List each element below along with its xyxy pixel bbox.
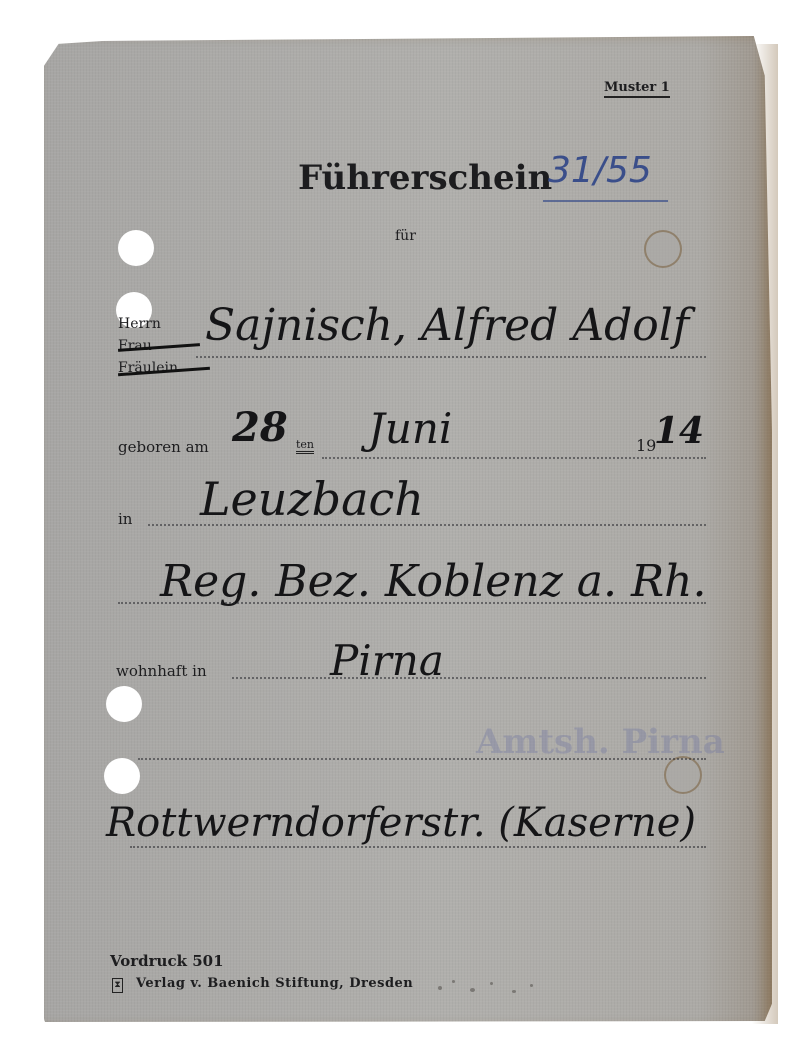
salutation-herrn: Herrn — [118, 316, 161, 332]
foxing-spot — [470, 988, 475, 992]
hourglass-logo-icon: ⧗ — [112, 978, 123, 993]
born-day-suffix: ten — [296, 438, 314, 454]
number-underline — [543, 200, 668, 202]
foxing-spot — [512, 990, 516, 993]
residence-label: wohnhaft in — [116, 662, 207, 680]
footer-form-number: Vordruck 501 — [110, 952, 224, 970]
punch-hole — [104, 758, 140, 794]
name-line — [196, 356, 706, 358]
born-line — [322, 457, 706, 459]
page-title: Führerschein — [298, 158, 552, 198]
in-label: in — [118, 510, 132, 528]
birthplace-line — [148, 524, 706, 526]
for-label: für — [395, 228, 416, 244]
birthplace-line2-rule — [118, 602, 706, 604]
punch-hole — [118, 230, 154, 266]
punch-hole — [106, 686, 142, 722]
foxing-spot — [490, 982, 493, 985]
birthplace-line2: Reg. Bez. Koblenz a. Rh. — [160, 556, 706, 607]
holder-name: Sajnisch, Alfred Adolf — [205, 300, 689, 351]
foxing-spot — [530, 984, 533, 987]
foxing-spot — [438, 986, 442, 990]
form-label: Muster 1 — [604, 80, 670, 98]
born-month: Juni — [368, 404, 452, 453]
residence-line — [232, 677, 706, 679]
born-year-suffix: 14 — [654, 410, 704, 452]
address-line — [130, 846, 706, 848]
born-day: 28 — [232, 404, 288, 451]
birthplace-line1: Leuzbach — [200, 472, 424, 526]
license-number: 31/55 — [548, 150, 652, 191]
footer-publisher: Verlag v. Baenich Stiftung, Dresden — [136, 976, 413, 991]
born-label: geboren am — [118, 438, 209, 456]
blank-line — [138, 758, 706, 760]
address-value: Rottwerndorferstr. (Kaserne) — [106, 800, 696, 846]
punch-hole-mark — [644, 230, 682, 268]
official-stamp: Amtsh. Pirna — [476, 722, 725, 762]
foxing-spot — [452, 980, 455, 983]
